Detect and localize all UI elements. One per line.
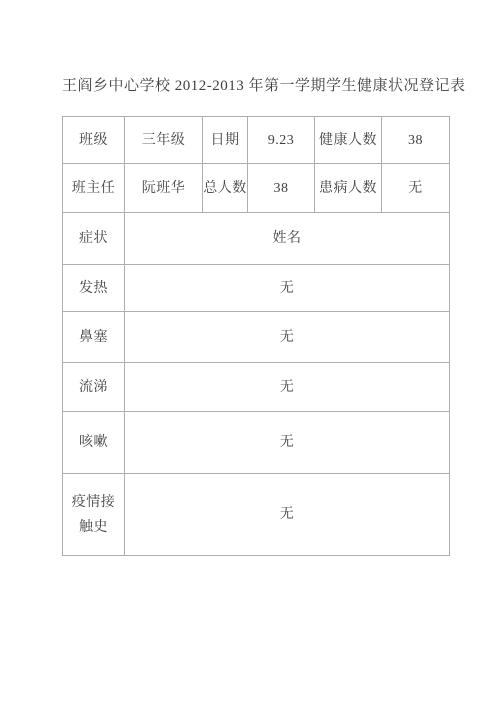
- sick-count-value-cell: 无: [382, 164, 450, 213]
- table-row-epidemic-contact-history: 疫情接触史 无: [63, 474, 450, 556]
- cough-value-cell: 无: [125, 412, 450, 474]
- runny-nose-value-cell: 无: [125, 363, 450, 412]
- table-row-class-info: 班级 三年级 日期 9.23 健康人数 38: [63, 117, 450, 164]
- epidemic-contact-value-cell: 无: [125, 474, 450, 556]
- document-title: 王阎乡中心学校 2012-2013 年第一学期学生健康状况登记表: [62, 74, 452, 95]
- epidemic-contact-label-cell: 疫情接触史: [63, 474, 125, 556]
- symptom-header-label-cell: 症状: [63, 213, 125, 265]
- date-label-cell: 日期: [203, 117, 248, 164]
- table-row-teacher-info: 班主任 阮班华 总人数 38 患病人数 无: [63, 164, 450, 213]
- table-row-runny-nose: 流涕 无: [63, 363, 450, 412]
- runny-nose-label-cell: 流涕: [63, 363, 125, 412]
- table-row-fever: 发热 无: [63, 265, 450, 312]
- class-label-cell: 班级: [63, 117, 125, 164]
- healthy-count-label-cell: 健康人数: [315, 117, 382, 164]
- total-count-label-cell: 总人数: [203, 164, 248, 213]
- cough-label-cell: 咳嗽: [63, 412, 125, 474]
- teacher-value-cell: 阮班华: [125, 164, 203, 213]
- teacher-label-cell: 班主任: [63, 164, 125, 213]
- nasal-congestion-label-cell: 鼻塞: [63, 312, 125, 363]
- fever-value-cell: 无: [125, 265, 450, 312]
- total-count-value-cell: 38: [248, 164, 315, 213]
- healthy-count-value-cell: 38: [382, 117, 450, 164]
- nasal-congestion-value-cell: 无: [125, 312, 450, 363]
- table-row-nasal-congestion: 鼻塞 无: [63, 312, 450, 363]
- health-register-table: 班级 三年级 日期 9.23 健康人数 38 班主任 阮班华 总人数 38 患病…: [62, 116, 450, 556]
- table-row-symptom-header: 症状 姓名: [63, 213, 450, 265]
- fever-label-cell: 发热: [63, 265, 125, 312]
- sick-count-label-cell: 患病人数: [315, 164, 382, 213]
- table-row-cough: 咳嗽 无: [63, 412, 450, 474]
- symptom-header-value-cell: 姓名: [125, 213, 450, 265]
- class-value-cell: 三年级: [125, 117, 203, 164]
- date-value-cell: 9.23: [248, 117, 315, 164]
- document-page: { "title": "王阎乡中心学校 2012-2013 年第一学期学生健康状…: [0, 0, 500, 708]
